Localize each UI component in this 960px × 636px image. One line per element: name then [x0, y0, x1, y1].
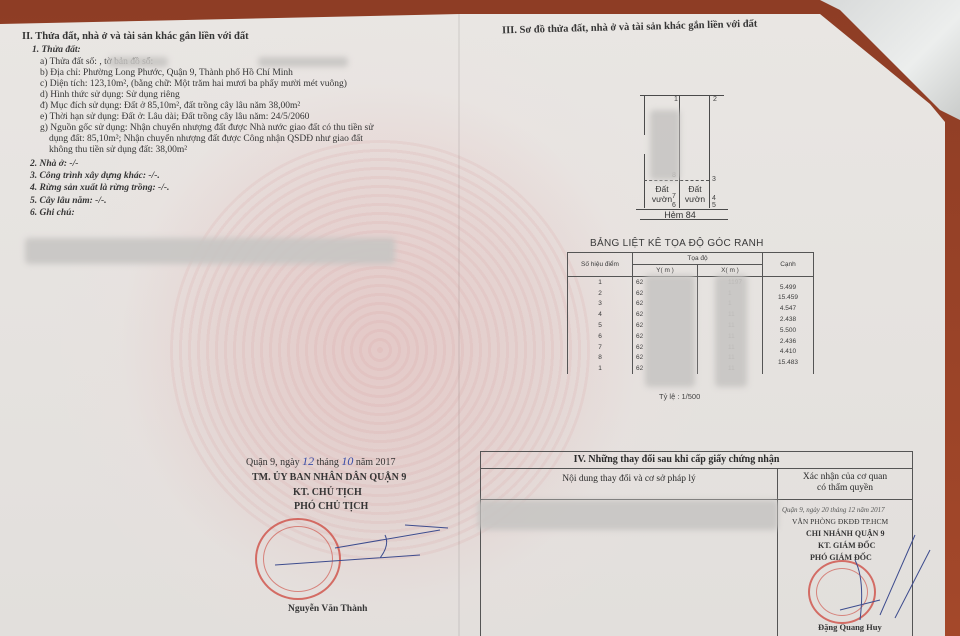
edge-length: 4.410 — [780, 348, 796, 355]
coord-redaction-x — [715, 275, 747, 387]
point-2-label: 2 — [713, 96, 717, 103]
land-line-g3: không thu tiền sử dụng đất: 38,00m² — [49, 145, 187, 156]
col-confirm-line2: có thẩm quyền — [778, 483, 912, 494]
issuing-org: TM. ỦY BAN NHÂN DÂN QUẬN 9 — [252, 472, 406, 483]
lot-label-right: Đất vườn — [681, 184, 709, 204]
point-1-label: 1 — [674, 96, 678, 103]
date-prefix: Quận 9, ngày — [246, 457, 300, 468]
confirm-org-1: VĂN PHÒNG ĐKĐĐ TP.HCM — [792, 516, 888, 527]
section-ii-title: II. Thửa đất, nhà ở và tài sản khác gắn … — [22, 31, 249, 42]
edge-length: 15.459 — [778, 294, 798, 301]
alley-label: Hẻm 84 — [650, 210, 710, 220]
edge-length: 2.436 — [780, 338, 796, 345]
confirm-signer: Đặng Quang Huy — [818, 622, 882, 633]
section-iv-title: IV. Những thay đổi sau khi cấp giấy chứn… — [481, 452, 912, 469]
signer-role-2: PHÓ CHỦ TỊCH — [294, 501, 368, 512]
signature-scribble — [270, 520, 450, 580]
item-forest: 4. Rừng sản xuất là rừng trồng: -/-. — [30, 183, 169, 194]
land-line-c: c) Diện tích: 123,10m², (bằng chữ: Một t… — [40, 79, 347, 90]
point-3-label: 3 — [712, 176, 716, 183]
coord-cell: 1 — [568, 363, 633, 374]
signer-name: Nguyễn Văn Thành — [288, 604, 367, 615]
coord-redaction-y — [645, 275, 695, 387]
col-changes-header: Nội dung thay đổi và cơ sở pháp lý — [481, 469, 778, 499]
page-fold — [458, 14, 460, 636]
item-house: 2. Nhà ở: -/- — [30, 159, 78, 170]
coord-cell: 5 — [568, 320, 633, 331]
date-year: 2017 — [376, 457, 396, 468]
changes-redaction — [478, 500, 778, 530]
col-confirm-header: Xác nhận của cơ quan có thẩm quyền — [778, 469, 912, 499]
coord-cell: 15.483 — [763, 363, 814, 374]
coord-cell: 4 — [568, 309, 633, 320]
item-perennial: 5. Cây lâu năm: -/-. — [30, 196, 107, 207]
point-5-label: 5 — [712, 202, 716, 209]
item-other-construction: 3. Công trình xây dựng khác: -/-. — [30, 171, 160, 182]
header-edge: Cạnh — [763, 253, 814, 277]
item-notes: 6. Ghi chú: — [30, 208, 75, 219]
coord-cell: 8 — [568, 353, 633, 364]
coord-cell: 6 — [568, 331, 633, 342]
coord-cell: 1 — [568, 277, 633, 288]
date-day: 12 — [302, 454, 314, 468]
coord-table-title: BẢNG LIỆT KÊ TỌA ĐỘ GÓC RANH — [590, 238, 764, 249]
scale-label: Tỷ lệ : 1/500 — [659, 392, 700, 401]
land-line-g2: dụng đất: 85,10m²; Nhận chuyển nhượng đấ… — [49, 134, 363, 145]
sketch-redaction — [650, 110, 680, 180]
point-4-label: 4 — [712, 195, 716, 202]
land-heading: 1. Thửa đất: — [32, 45, 81, 56]
confirm-date: Quận 9, ngày 20 tháng 12 năm 2017 — [782, 505, 885, 516]
land-line-b: b) Địa chỉ: Phường Long Phước, Quận 9, T… — [40, 68, 293, 79]
land-line-g: g) Nguồn gốc sử dụng: Nhận chuyển nhượng… — [40, 123, 373, 134]
land-line-d: d) Hình thức sử dụng: Sử dụng riêng — [40, 90, 180, 101]
notes-redaction — [25, 238, 395, 264]
coord-cell: 3 — [568, 299, 633, 310]
header-point: Số hiệu điểm — [568, 253, 633, 277]
coord-cell: 7 — [568, 342, 633, 353]
date-month: 10 — [341, 454, 353, 468]
edge-length: 2.438 — [780, 316, 796, 323]
edge-length: 4.547 — [780, 305, 796, 312]
date-month-label: tháng — [317, 457, 339, 468]
edge-length: 15.483 — [778, 359, 798, 366]
confirm-signature — [820, 530, 940, 625]
date-year-label: năm — [356, 457, 373, 468]
land-line-dd: đ) Mục đích sử dụng: Đất ở 85,10m², đất … — [40, 101, 300, 112]
redaction — [258, 57, 348, 67]
lot-label-left: Đất vườn — [647, 184, 677, 204]
coord-cell: 2 — [568, 288, 633, 299]
edge-length: 5.500 — [780, 327, 796, 334]
signer-role-1: KT. CHỦ TỊCH — [293, 487, 362, 498]
header-coords: Tọa độ — [633, 253, 763, 265]
redaction — [108, 57, 168, 67]
land-line-e: e) Thời hạn sử dụng: Đất ở: Lâu dài; Đất… — [40, 112, 309, 123]
col-confirm-line1: Xác nhận của cơ quan — [778, 472, 912, 483]
issue-date: Quận 9, ngày 12 tháng 10 năm 2017 — [246, 456, 396, 468]
edge-length: 5.499 — [780, 284, 796, 291]
